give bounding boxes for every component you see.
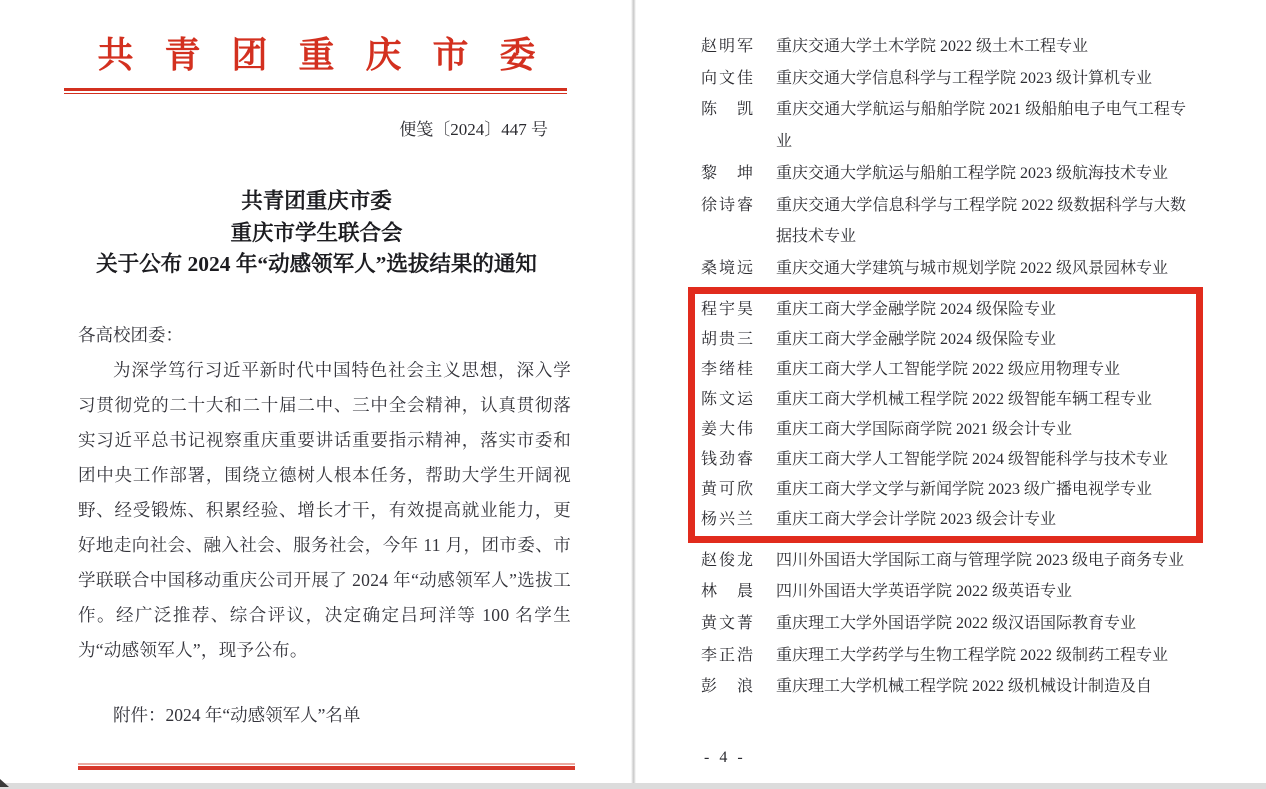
page-number: - 4 -: [704, 749, 746, 767]
awardee-detail: 重庆工商大学人工智能学院 2022 级应用物理专业: [776, 355, 1188, 385]
awardee-name: 林 晨: [701, 576, 763, 608]
awardee-detail: 重庆理工大学药学与生物工程学院 2022 级制药工程专业: [776, 640, 1186, 672]
awardee-name: 钱劲睿: [701, 445, 763, 475]
list-item: 杨兴兰重庆工商大学会计学院 2023 级会计专业: [701, 505, 1188, 535]
list-item: 李绪桂重庆工商大学人工智能学院 2022 级应用物理专业: [701, 355, 1188, 385]
notice-page: 共青团重庆市委 便笺〔2024〕447 号 共青团重庆市委 重庆市学生联合会 关…: [0, 0, 633, 783]
awardee-group: 赵明军重庆交通大学土木学院 2022 级土木工程专业向文佳重庆交通大学信息科学与…: [637, 31, 1266, 285]
list-item: 赵明军重庆交通大学土木学院 2022 级土木工程专业: [701, 31, 1186, 63]
awardee-name: 徐诗睿: [701, 190, 763, 253]
awardee-detail: 重庆交通大学航运与船舶工程学院 2023 级航海技术专业: [776, 158, 1186, 190]
awardee-name: 赵明军: [701, 31, 763, 63]
attachment-line: 附件：2024 年“动感领军人”名单: [78, 698, 571, 733]
awardee-detail: 重庆交通大学航运与船舶学院 2021 级船舶电子电气工程专业: [776, 94, 1186, 157]
awardee-name: 黄可欣: [701, 475, 763, 505]
awardee-name: 黄文菁: [701, 608, 763, 640]
list-item: 钱劲睿重庆工商大学人工智能学院 2024 级智能科学与技术专业: [701, 445, 1188, 475]
salutation: 各高校团委：: [78, 318, 573, 353]
notice-title: 共青团重庆市委 重庆市学生联合会 关于公布 2024 年“动感领军人”选拔结果的…: [0, 186, 633, 281]
awardee-detail: 重庆交通大学信息科学与工程学院 2023 级计算机专业: [776, 63, 1186, 95]
document-viewer: 共青团重庆市委 便笺〔2024〕447 号 共青团重庆市委 重庆市学生联合会 关…: [0, 0, 1266, 789]
awardee-name: 胡贵三: [701, 325, 763, 355]
awardee-name: 向文佳: [701, 63, 763, 95]
awardee-detail: 重庆工商大学机械工程学院 2022 级智能车辆工程专业: [776, 385, 1188, 415]
list-page: 赵明军重庆交通大学土木学院 2022 级土木工程专业向文佳重庆交通大学信息科学与…: [637, 0, 1266, 783]
letterhead-title: 共青团重庆市委: [0, 30, 633, 80]
awardee-name: 彭 浪: [701, 671, 763, 703]
awardee-name: 黎 坤: [701, 158, 763, 190]
awardee-detail: 重庆理工大学外国语学院 2022 级汉语国际教育专业: [776, 608, 1186, 640]
window-edge: [0, 783, 1266, 789]
awardee-detail: 重庆工商大学金融学院 2024 级保险专业: [776, 325, 1188, 355]
awardee-name: 李绪桂: [701, 355, 763, 385]
awardee-detail: 四川外国语大学国际工商与管理学院 2023 级电子商务专业: [776, 545, 1186, 577]
footer-rule-thick: [78, 766, 575, 770]
list-item: 赵俊龙四川外国语大学国际工商与管理学院 2023 级电子商务专业: [701, 545, 1186, 577]
awardee-detail: 重庆工商大学会计学院 2023 级会计专业: [776, 505, 1188, 535]
title-line-1: 共青团重庆市委: [0, 186, 633, 218]
awardee-group: 赵俊龙四川外国语大学国际工商与管理学院 2023 级电子商务专业林 晨四川外国语…: [637, 545, 1266, 704]
document-number: 便笺〔2024〕447 号: [0, 118, 633, 142]
awardee-detail: 重庆工商大学文学与新闻学院 2023 级广播电视学专业: [776, 475, 1188, 505]
list-item: 程宇昊重庆工商大学金融学院 2024 级保险专业: [701, 295, 1188, 325]
awardee-name: 陈文运: [701, 385, 763, 415]
list-item: 向文佳重庆交通大学信息科学与工程学院 2023 级计算机专业: [701, 63, 1186, 95]
list-item: 陈文运重庆工商大学机械工程学院 2022 级智能车辆工程专业: [701, 385, 1188, 415]
list-item: 姜大伟重庆工商大学国际商学院 2021 级会计专业: [701, 415, 1188, 445]
awardee-list: 赵明军重庆交通大学土木学院 2022 级土木工程专业向文佳重庆交通大学信息科学与…: [637, 0, 1266, 703]
awardee-name: 姜大伟: [701, 415, 763, 445]
awardee-detail: 重庆工商大学人工智能学院 2024 级智能科学与技术专业: [776, 445, 1188, 475]
list-item: 陈 凯重庆交通大学航运与船舶学院 2021 级船舶电子电气工程专业: [701, 94, 1186, 157]
awardee-name: 赵俊龙: [701, 545, 763, 577]
list-item: 黎 坤重庆交通大学航运与船舶工程学院 2023 级航海技术专业: [701, 158, 1186, 190]
awardee-detail: 重庆工商大学金融学院 2024 级保险专业: [776, 295, 1188, 325]
list-item: 林 晨四川外国语大学英语学院 2022 级英语专业: [701, 576, 1186, 608]
list-item: 黄可欣重庆工商大学文学与新闻学院 2023 级广播电视学专业: [701, 475, 1188, 505]
awardee-name: 桑境远: [701, 253, 763, 285]
awardee-detail: 重庆交通大学土木学院 2022 级土木工程专业: [776, 31, 1186, 63]
awardee-name: 杨兴兰: [701, 505, 763, 535]
awardee-detail: 重庆交通大学建筑与城市规划学院 2022 级风景园林专业: [776, 253, 1186, 285]
list-item: 彭 浪重庆理工大学机械工程学院 2022 级机械设计制造及自: [701, 671, 1186, 703]
awardee-detail: 四川外国语大学英语学院 2022 级英语专业: [776, 576, 1186, 608]
awardee-detail: 重庆交通大学信息科学与工程学院 2022 级数据科学与大数据技术专业: [776, 190, 1186, 253]
list-item: 徐诗睿重庆交通大学信息科学与工程学院 2022 级数据科学与大数据技术专业: [701, 190, 1186, 253]
awardee-detail: 重庆工商大学国际商学院 2021 级会计专业: [776, 415, 1188, 445]
awardee-name: 李正浩: [701, 640, 763, 672]
highlight-box: 程宇昊重庆工商大学金融学院 2024 级保险专业胡贵三重庆工商大学金融学院 20…: [688, 287, 1203, 543]
awardee-name: 陈 凯: [701, 94, 763, 157]
list-item: 黄文菁重庆理工大学外国语学院 2022 级汉语国际教育专业: [701, 608, 1186, 640]
awardee-detail: 重庆理工大学机械工程学院 2022 级机械设计制造及自: [776, 671, 1186, 703]
notice-body: 为深学笃行习近平新时代中国特色社会主义思想，深入学习贯彻党的二十大和二十届二中、…: [78, 353, 571, 668]
awardee-name: 程宇昊: [701, 295, 763, 325]
list-item: 桑境远重庆交通大学建筑与城市规划学院 2022 级风景园林专业: [701, 253, 1186, 285]
page-divider: [631, 0, 636, 789]
list-item: 李正浩重庆理工大学药学与生物工程学院 2022 级制药工程专业: [701, 640, 1186, 672]
footer-rule: [78, 763, 575, 770]
letterhead-rule-thick: [64, 88, 567, 91]
footer-rule-thin: [78, 763, 575, 765]
cursor-artifact: [0, 779, 9, 787]
title-line-2: 重庆市学生联合会: [0, 218, 633, 250]
title-line-3: 关于公布 2024 年“动感领军人”选拔结果的通知: [0, 249, 633, 281]
list-item: 胡贵三重庆工商大学金融学院 2024 级保险专业: [701, 325, 1188, 355]
letterhead-rule-thin: [64, 93, 567, 94]
